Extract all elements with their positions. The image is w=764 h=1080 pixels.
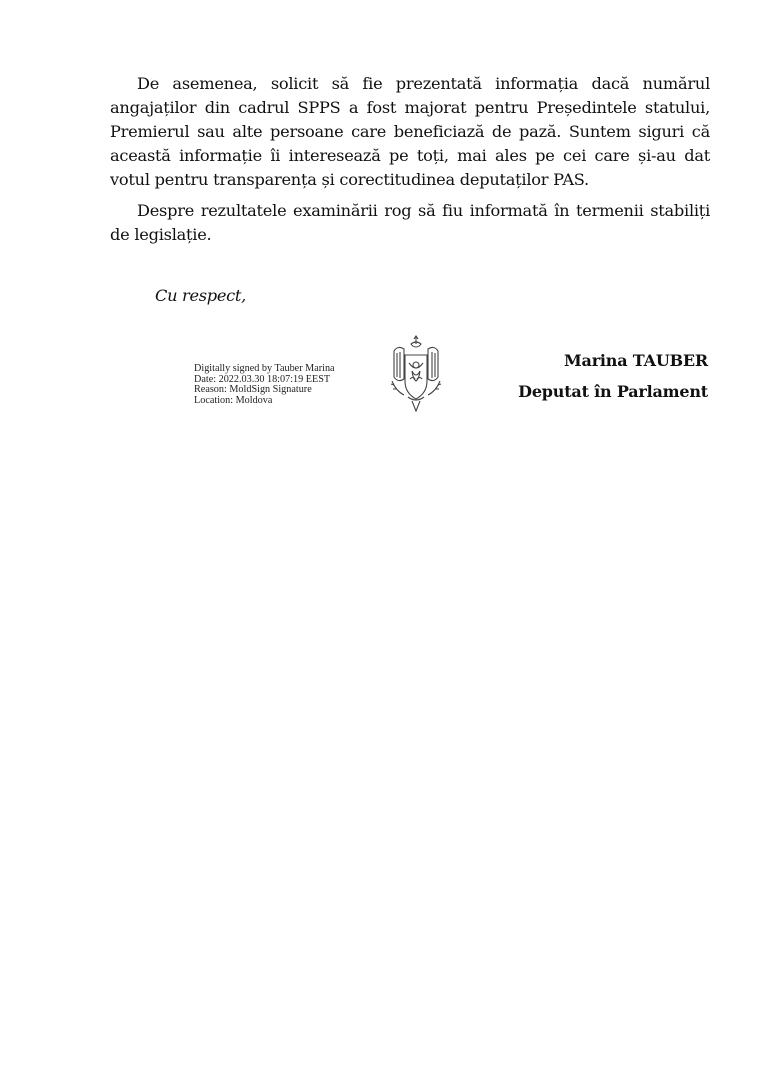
digital-signature-info: Digitally signed by Tauber Marina Date: …: [194, 364, 335, 406]
moldova-coat-of-arms-icon: [386, 335, 446, 415]
signer-title: Deputat în Parlament: [518, 382, 708, 401]
signer-name: Marina TAUBER: [564, 351, 708, 370]
signature-location: Location: Moldova: [194, 396, 335, 407]
document-page: De asemenea, solicit să fie prezentată i…: [0, 0, 764, 1080]
paragraph-request-response: Despre rezultatele examinării rog să fiu…: [110, 199, 710, 247]
paragraph-request-info: De asemenea, solicit să fie prezentată i…: [110, 72, 710, 192]
closing-salutation: Cu respect,: [155, 286, 246, 305]
signature-signed-by: Digitally signed by Tauber Marina: [194, 364, 335, 375]
